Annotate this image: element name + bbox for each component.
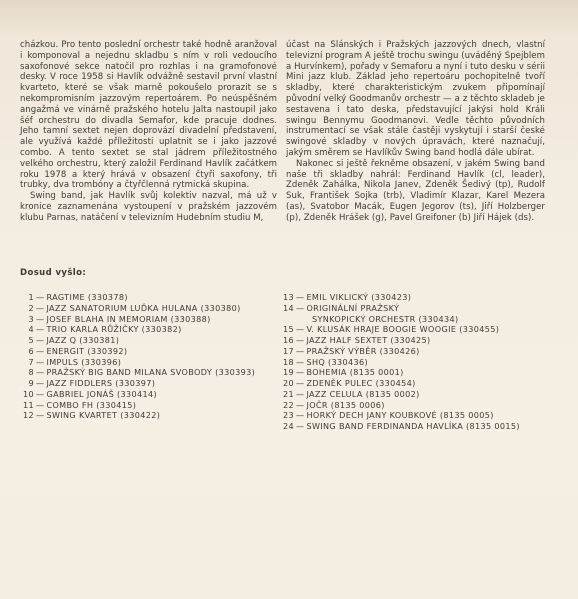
- item-title: ZDENĚK PULEC (330454): [306, 378, 415, 389]
- list-item: 14—ORIGINÁLNÍ PRAŽSKÝ: [280, 303, 520, 314]
- list-item: 6—ENERGIT (330392): [20, 346, 255, 357]
- list-item: 23—HORKÝ DECH JANY KOUBKOVÉ (8135 0005): [280, 410, 520, 421]
- item-title: JAZZ FIDDLERS (330397): [46, 378, 155, 389]
- list-item: 21—JAZZ CELULA (8135 0002): [280, 389, 520, 400]
- item-number: 13: [280, 292, 294, 303]
- item-title: SWING BAND FERDINANDA HAVLÍKA (8135 0015…: [306, 421, 519, 432]
- list-item: 18—SHQ (330436): [280, 357, 520, 368]
- item-dash: —: [294, 400, 306, 411]
- list-item: 24—SWING BAND FERDINANDA HAVLÍKA (8135 0…: [280, 421, 520, 432]
- item-dash: —: [34, 324, 46, 335]
- item-number: 20: [280, 378, 294, 389]
- paragraph: Nakonec si ještě řekněme obsazení, v jak…: [286, 159, 545, 224]
- item-dash: —: [294, 303, 306, 314]
- item-dash: —: [34, 378, 46, 389]
- list-item: 20—ZDENĚK PULEC (330454): [280, 378, 520, 389]
- item-title: RAGTIME (330378): [46, 292, 128, 303]
- item-title: SHQ (330436): [306, 357, 368, 368]
- list-item: 8—PRAŽSKÝ BIG BAND MILANA SVOBODY (33039…: [20, 367, 255, 378]
- item-number: 11: [20, 400, 34, 411]
- item-dash: —: [294, 421, 306, 432]
- item-title: JAZZ HALF SEXTET (330425): [306, 335, 430, 346]
- item-title: EMIL VIKLICKÝ (330423): [306, 292, 411, 303]
- item-number: 8: [20, 367, 34, 378]
- item-title: IMPULS (330396): [46, 357, 121, 368]
- item-number: 16: [280, 335, 294, 346]
- item-dash: —: [294, 410, 306, 421]
- item-number: 15: [280, 324, 294, 335]
- liner-notes-left-column: cházkou. Pro tento poslední orchestr tak…: [20, 40, 277, 224]
- item-title: SWING KVARTET (330422): [46, 410, 160, 421]
- list-item-continuation: SYNKOPICKÝ ORCHESTR (330434): [280, 314, 520, 325]
- item-number: 3: [20, 314, 34, 325]
- item-dash: —: [34, 400, 46, 411]
- item-number: 17: [280, 346, 294, 357]
- item-title: HORKÝ DECH JANY KOUBKOVÉ (8135 0005): [306, 410, 493, 421]
- item-dash: —: [34, 367, 46, 378]
- item-number: 2: [20, 303, 34, 314]
- paper-shadow: [0, 0, 578, 36]
- item-title: ORIGINÁLNÍ PRAŽSKÝ: [306, 303, 399, 314]
- item-number: 1: [20, 292, 34, 303]
- list-item: 15—V. KLUSÁK HRAJE BOOGIE WOOGIE (330455…: [280, 324, 520, 335]
- item-title: JOSEF BLAHA IN MEMORIAM (330388): [46, 314, 210, 325]
- item-dash: —: [34, 292, 46, 303]
- item-title: COMBO FH (330415): [46, 400, 136, 411]
- item-dash: —: [294, 367, 306, 378]
- item-number: 14: [280, 303, 294, 314]
- item-number: 10: [20, 389, 34, 400]
- item-number: 22: [280, 400, 294, 411]
- list-item: 3—JOSEF BLAHA IN MEMORIAM (330388): [20, 314, 255, 325]
- item-dash: —: [294, 346, 306, 357]
- item-number: 6: [20, 346, 34, 357]
- item-title: JAZZ SANATORIUM LUĎKA HULANA (330380): [46, 303, 240, 314]
- item-dash: —: [294, 292, 306, 303]
- item-title: V. KLUSÁK HRAJE BOOGIE WOOGIE (330455): [306, 324, 499, 335]
- list-item: 7—IMPULS (330396): [20, 357, 255, 368]
- released-list-left: 1—RAGTIME (330378)2—JAZZ SANATORIUM LUĎK…: [20, 292, 255, 421]
- item-number: 7: [20, 357, 34, 368]
- item-dash: —: [294, 378, 306, 389]
- item-title: PRAŽSKÝ VÝBĚR (330426): [306, 346, 419, 357]
- item-dash: —: [34, 410, 46, 421]
- list-item: 4—TRIO KARLA RŮŽIČKY (330382): [20, 324, 255, 335]
- item-dash: —: [34, 314, 46, 325]
- item-dash: —: [34, 303, 46, 314]
- item-number: 23: [280, 410, 294, 421]
- list-item: 13—EMIL VIKLICKÝ (330423): [280, 292, 520, 303]
- list-item: 2—JAZZ SANATORIUM LUĎKA HULANA (330380): [20, 303, 255, 314]
- item-number: 9: [20, 378, 34, 389]
- paragraph: účast na Slánských i Pražských jazzových…: [286, 40, 545, 159]
- list-item: 5—JAZZ Q (330381): [20, 335, 255, 346]
- list-item: 10—GABRIEL JONÁŠ (330414): [20, 389, 255, 400]
- item-number: 5: [20, 335, 34, 346]
- item-title: BOHEMIA (8135 0001): [306, 367, 403, 378]
- item-number: 4: [20, 324, 34, 335]
- liner-notes-right-column: účast na Slánských i Pražských jazzových…: [286, 40, 545, 224]
- item-dash: —: [294, 324, 306, 335]
- released-list-right: 13—EMIL VIKLICKÝ (330423)14—ORIGINÁLNÍ P…: [280, 292, 520, 432]
- paragraph: Swing band, jak Havlík svůj kolektiv naz…: [20, 191, 277, 223]
- item-number: 18: [280, 357, 294, 368]
- list-item: 9—JAZZ FIDDLERS (330397): [20, 378, 255, 389]
- list-item: 12—SWING KVARTET (330422): [20, 410, 255, 421]
- list-item: 17—PRAŽSKÝ VÝBĚR (330426): [280, 346, 520, 357]
- item-title: TRIO KARLA RŮŽIČKY (330382): [46, 324, 181, 335]
- list-item: 22—JOČR (8135 0006): [280, 400, 520, 411]
- item-number: 24: [280, 421, 294, 432]
- item-title: PRAŽSKÝ BIG BAND MILANA SVOBODY (330393): [46, 367, 255, 378]
- item-number: 21: [280, 389, 294, 400]
- item-dash: —: [294, 389, 306, 400]
- item-number: 12: [20, 410, 34, 421]
- list-item: 19—BOHEMIA (8135 0001): [280, 367, 520, 378]
- item-dash: —: [34, 346, 46, 357]
- item-dash: —: [34, 335, 46, 346]
- item-title: JOČR (8135 0006): [306, 400, 384, 411]
- item-dash: —: [34, 389, 46, 400]
- list-item: 11—COMBO FH (330415): [20, 400, 255, 411]
- released-heading: Dosud vyšlo:: [20, 268, 86, 278]
- item-title: JAZZ Q (330381): [46, 335, 119, 346]
- list-item: 16—JAZZ HALF SEXTET (330425): [280, 335, 520, 346]
- item-title: ENERGIT (330392): [46, 346, 127, 357]
- item-dash: —: [294, 357, 306, 368]
- paragraph: cházkou. Pro tento poslední orchestr tak…: [20, 40, 277, 191]
- item-number: 19: [280, 367, 294, 378]
- item-title: GABRIEL JONÁŠ (330414): [46, 389, 157, 400]
- item-dash: —: [34, 357, 46, 368]
- list-item: 1—RAGTIME (330378): [20, 292, 255, 303]
- item-title: JAZZ CELULA (8135 0002): [306, 389, 419, 400]
- item-dash: —: [294, 335, 306, 346]
